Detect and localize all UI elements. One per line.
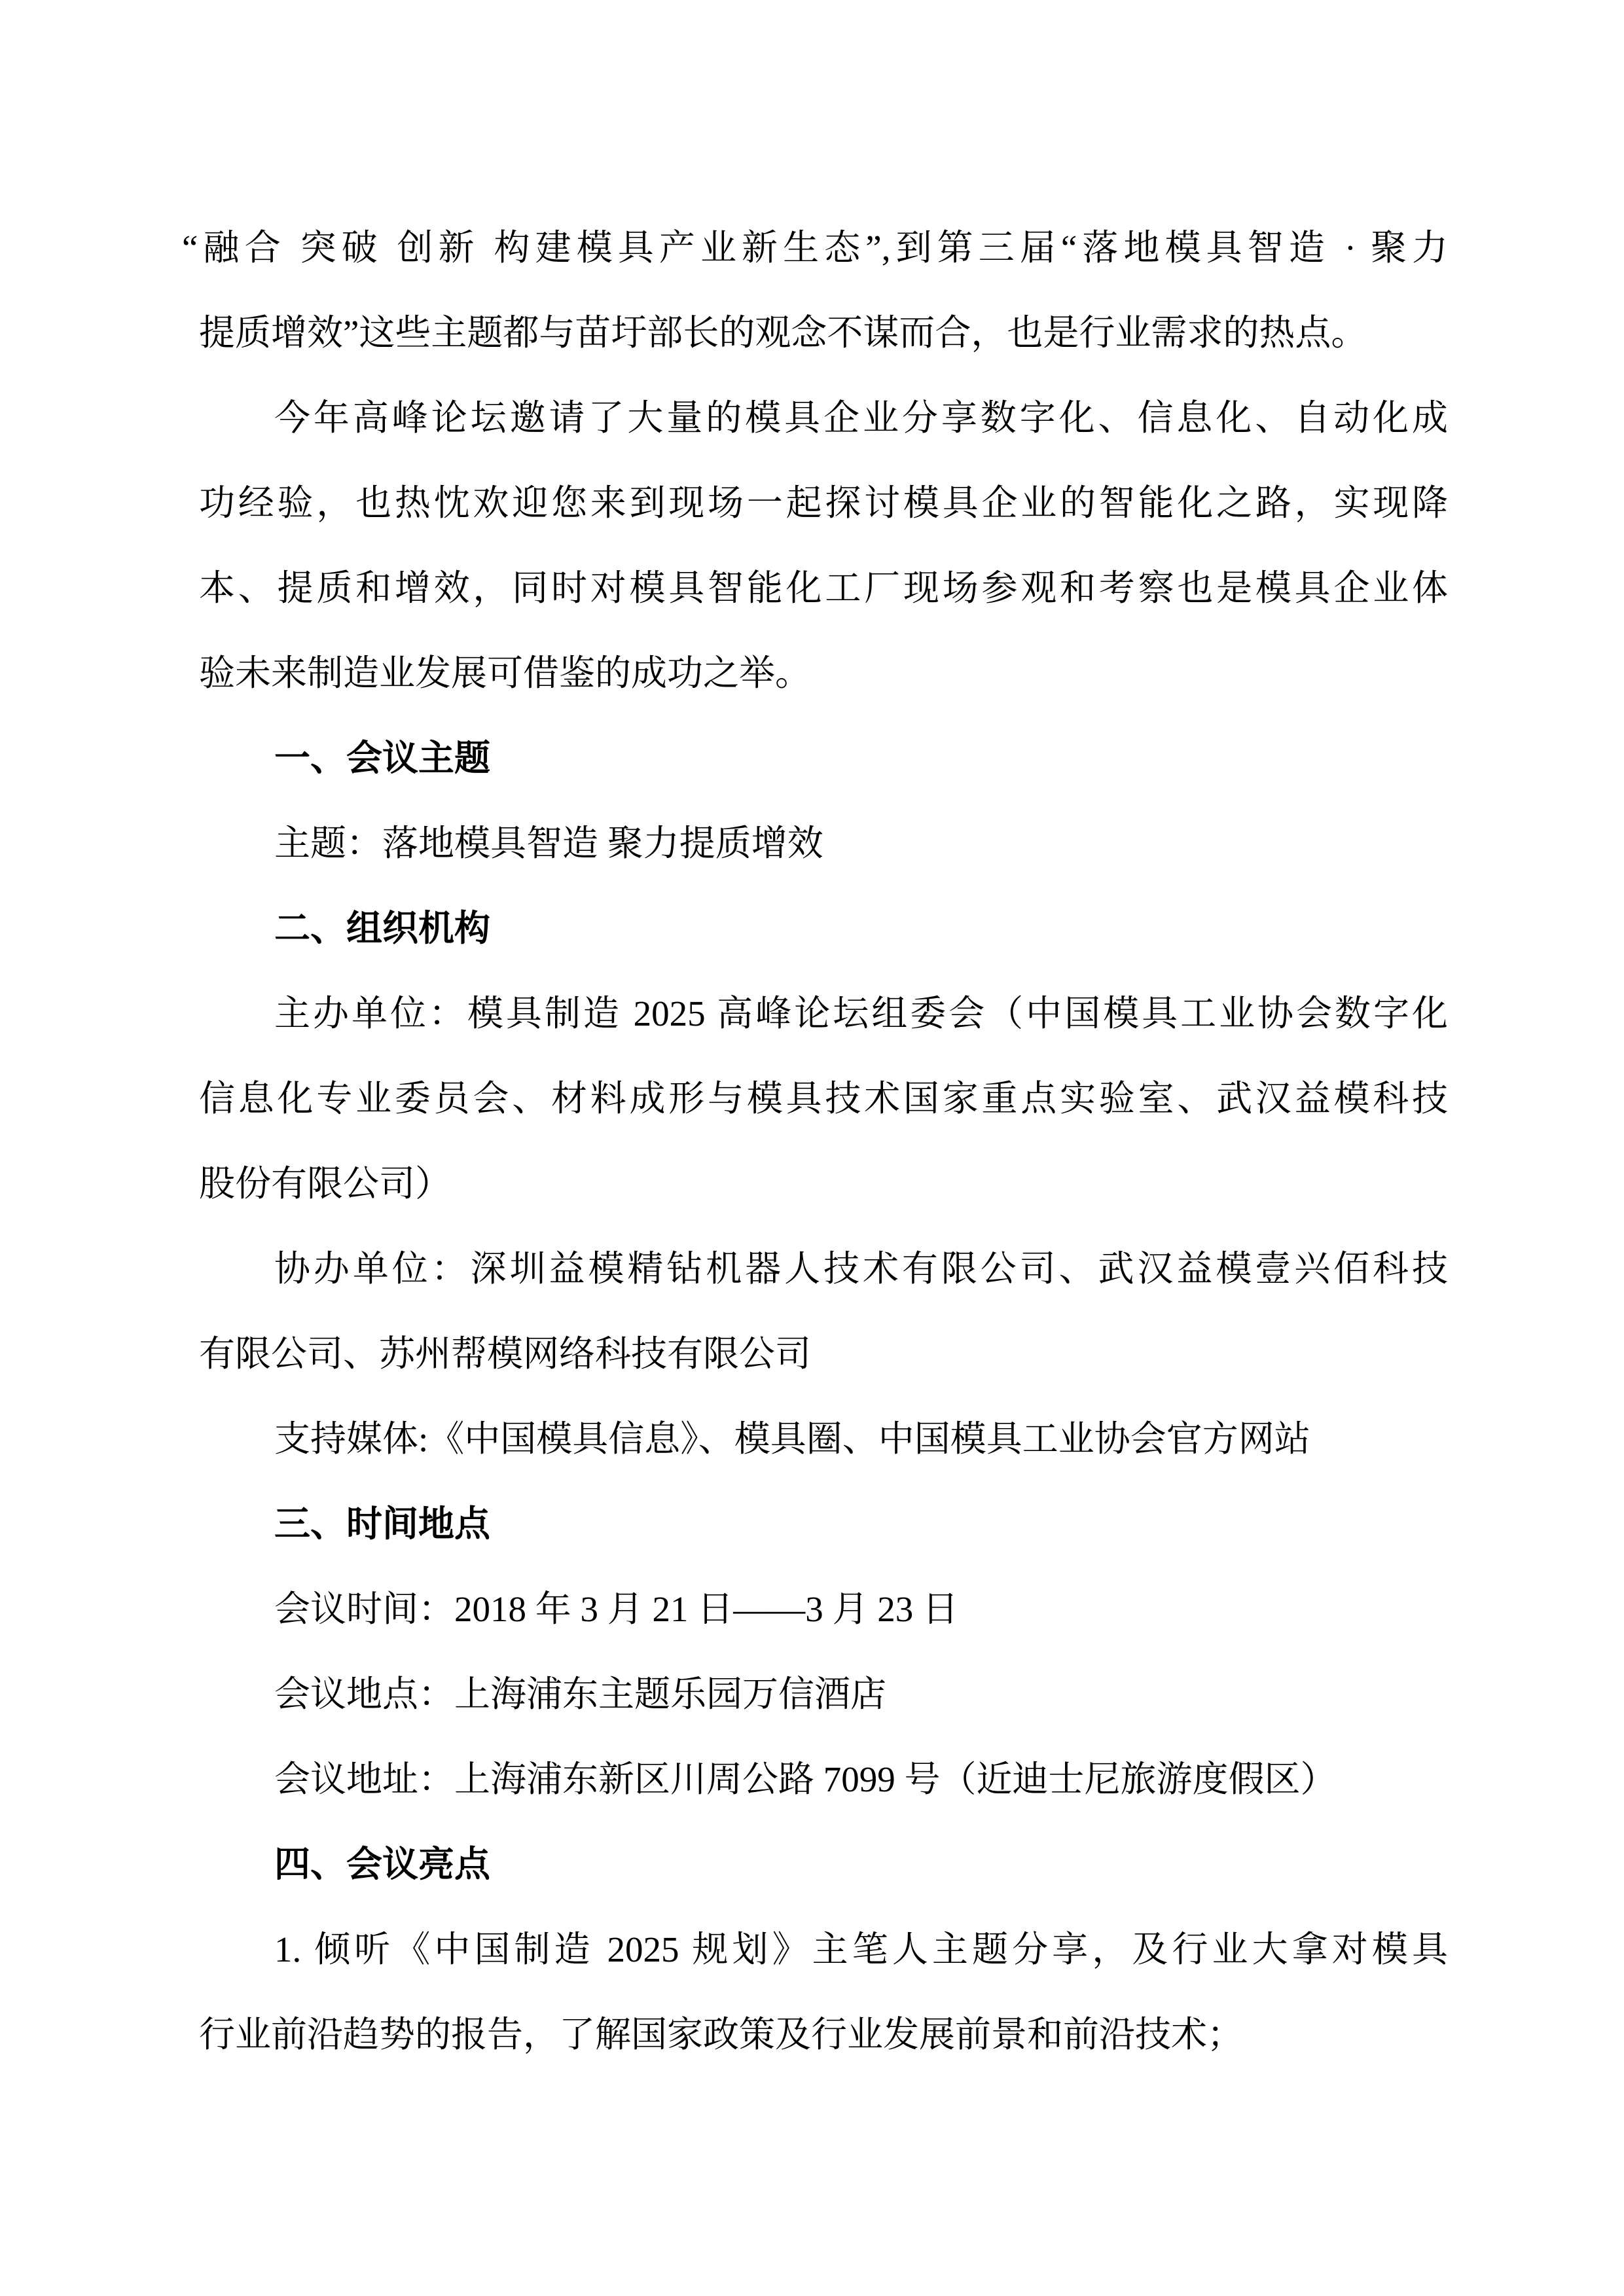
body-text-line: 功经验，也热忱欢迎您来到现场一起探讨模具企业的智能化之路，实现降 [199, 461, 1448, 546]
body-text-line: 主办单位：模具制造 2025 高峰论坛组委会（中国模具工业协会数字化 [199, 971, 1448, 1056]
body-text-line: 主题：落地模具智造 聚力提质增效 [199, 801, 1448, 886]
body-text-line: “融合 突破 创新 构建模具产业新生态”,到第三届“落地模具智造 · 聚力 [199, 206, 1448, 291]
body-text-line: 信息化专业委员会、材料成形与模具技术国家重点实验室、武汉益模科技 [199, 1056, 1448, 1141]
section-heading: 一、会议主题 [199, 716, 1448, 801]
body-text-line: 股份有限公司） [199, 1141, 1448, 1227]
body-text-line: 1. 倾听《中国制造 2025 规划》主笔人主题分享，及行业大拿对模具 [199, 1907, 1448, 1992]
section-heading: 三、时间地点 [199, 1482, 1448, 1567]
section-heading: 二、组织机构 [199, 886, 1448, 971]
document-body: “融合 突破 创新 构建模具产业新生态”,到第三届“落地模具智造 · 聚力提质增… [199, 206, 1448, 2077]
section-heading: 四、会议亮点 [199, 1822, 1448, 1907]
body-text-line: 今年高峰论坛邀请了大量的模具企业分享数字化、信息化、自动化成 [199, 376, 1448, 461]
body-text-line: 有限公司、苏州帮模网络科技有限公司 [199, 1312, 1448, 1397]
body-text-line: 支持媒体:《中国模具信息》、模具圈、中国模具工业协会官方网站 [199, 1397, 1448, 1482]
body-text-line: 提质增效”这些主题都与苗圩部长的观念不谋而合，也是行业需求的热点。 [199, 291, 1448, 376]
body-text-line: 本、提质和增效，同时对模具智能化工厂现场参观和考察也是模具企业体 [199, 546, 1448, 631]
body-text-line: 会议地点：上海浦东主题乐园万信酒店 [199, 1652, 1448, 1737]
body-text-line: 会议地址：上海浦东新区川周公路 7099 号（近迪士尼旅游度假区） [199, 1737, 1448, 1822]
body-text-line: 协办单位：深圳益模精钻机器人技术有限公司、武汉益模壹兴佰科技 [199, 1227, 1448, 1312]
document-page: “融合 突破 创新 构建模具产业新生态”,到第三届“落地模具智造 · 聚力提质增… [0, 0, 1624, 2296]
body-text-line: 验未来制造业发展可借鉴的成功之举。 [199, 631, 1448, 716]
body-text-line: 行业前沿趋势的报告，了解国家政策及行业发展前景和前沿技术； [199, 1992, 1448, 2077]
body-text-line: 会议时间：2018 年 3 月 21 日——3 月 23 日 [199, 1567, 1448, 1652]
